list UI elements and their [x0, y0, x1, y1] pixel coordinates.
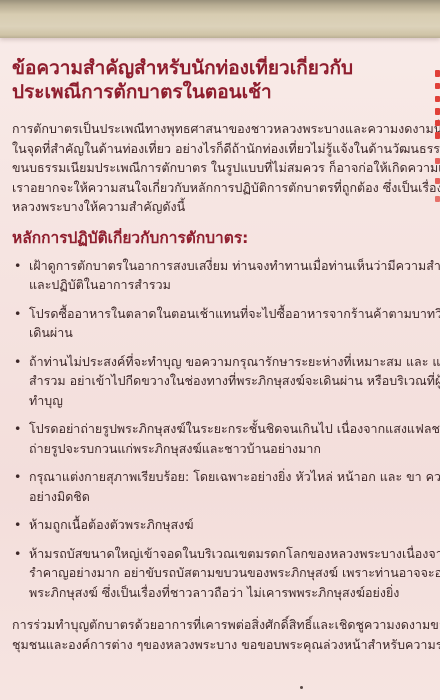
closing-line: การร่วมทำบุญตักบาตรด้วยอาการที่เคารพต่อส… — [12, 615, 440, 635]
intro-line: ในจุดที่สำคัญในด้านท่องเที่ยว อย่างไรก็ด… — [12, 139, 440, 159]
bullet-icon: • — [14, 256, 22, 276]
red-mark — [435, 178, 440, 184]
photo-of-notice-sign: ข้อความสำคัญสำหรับนักท่องเที่ยวเกี่ยวกับ… — [0, 0, 440, 700]
notice-paper: ข้อความสำคัญสำหรับนักท่องเที่ยวเกี่ยวกับ… — [0, 38, 440, 700]
red-mark — [435, 158, 440, 164]
bullet-line: กรุณาแต่งกายสุภาพเรียบร้อย: โดยเฉพาะอย่า… — [29, 467, 440, 487]
bullet-line: และปฏิบัติในอาการสำรวม — [29, 275, 440, 295]
list-item: • เฝ้าดูการตักบาตรในอาการสงบเสงี่ยม ท่าน… — [14, 256, 440, 295]
bullet-line: ถ่ายรูปจะรบกวนแก่พระภิกษุสงฆ์และชาวบ้านอ… — [29, 439, 440, 459]
bullet-line: ทำบุญ — [29, 391, 440, 411]
red-mark — [435, 96, 440, 102]
red-mark — [435, 108, 440, 115]
notice-title: ข้อความสำคัญสำหรับนักท่องเที่ยวเกี่ยวกับ… — [12, 56, 440, 104]
list-item: • โปรดซื้ออาหารในตลาดในตอนเช้าแทนที่จะไป… — [14, 304, 440, 343]
closing-line: ชุมชนและองค์การต่าง ๆของหลวงพระบาง ขอขอบ… — [12, 635, 440, 655]
bullet-line: โปรดอย่าถ่ายรูปพระภิกษุสงฆ์ในระยะกระชั้น… — [29, 419, 440, 439]
bullet-icon: • — [14, 304, 22, 324]
title-line: ประเพณีการตักบาตรในตอนเช้า — [12, 80, 440, 104]
intro-line: เราอยากจะให้ความสนใจเกี่ยวกับหลักการปฏิบ… — [12, 178, 440, 198]
guideline-list: • เฝ้าดูการตักบาตรในอาการสงบเสงี่ยม ท่าน… — [12, 256, 440, 603]
list-item: • ห้ามถูกเนื้อต้องตัวพระภิกษุสงฆ์ — [14, 515, 440, 535]
intro-line: หลวงพระบางให้ความสำคัญดังนี้ — [12, 197, 440, 217]
wall-molding-strip — [0, 0, 440, 38]
intro-line: ขนบธรรมเนียมประเพณีการตักบาตร ในรูปแบบที… — [12, 158, 440, 178]
bullet-line: ห้ามรถบัสขนาดใหญ่เข้าจอดในบริเวณเขตมรดกโ… — [29, 544, 440, 564]
bullet-line: อย่างมิดชิด — [29, 487, 440, 507]
bullet-icon: • — [14, 544, 22, 564]
red-mark — [435, 196, 440, 202]
bullet-icon: • — [14, 352, 22, 372]
bullet-icon: • — [14, 419, 22, 439]
bullet-line: สำรวม อย่าเข้าไปกีดขวางในช่องทางที่พระภิ… — [29, 371, 440, 391]
paper-speck — [300, 686, 303, 689]
list-item: • โปรดอย่าถ่ายรูปพระภิกษุสงฆ์ในระยะกระชั… — [14, 419, 440, 458]
list-item: • ห้ามรถบัสขนาดใหญ่เข้าจอดในบริเวณเขตมรด… — [14, 544, 440, 603]
bullet-icon: • — [14, 515, 22, 535]
bullet-line: โปรดซื้ออาหารในตลาดในตอนเช้าแทนที่จะไปซื… — [29, 304, 440, 324]
intro-line: การตักบาตรเป็นประเพณีทางพุทธศาสนาของชาวห… — [12, 119, 440, 139]
red-mark — [435, 132, 440, 139]
list-item: • ถ้าท่านไม่ประสงค์ที่จะทำบุญ ขอความกรุณ… — [14, 352, 440, 411]
bullet-line: พระภิกษุสงฆ์ ซึ่งเป็นเรื่องที่ชาวลาวถือว… — [29, 583, 440, 603]
bullet-line: เฝ้าดูการตักบาตรในอาการสงบเสงี่ยม ท่านจง… — [29, 256, 440, 276]
bullet-line: เดินผ่าน — [29, 323, 440, 343]
closing-paragraph: การร่วมทำบุญตักบาตรด้วยอาการที่เคารพต่อส… — [12, 615, 440, 654]
title-line: ข้อความสำคัญสำหรับนักท่องเที่ยวเกี่ยวกับ — [12, 56, 440, 80]
bullet-icon: • — [14, 467, 22, 487]
red-mark — [435, 83, 440, 89]
red-mark — [435, 70, 440, 77]
red-mark — [435, 120, 440, 126]
bullet-line: ถ้าท่านไม่ประสงค์ที่จะทำบุญ ขอความกรุณาร… — [29, 352, 440, 372]
bullet-line: รำคาญอย่างมาก อย่าขับรถบัสตามขบวนของพระภ… — [29, 563, 440, 583]
list-item: • กรุณาแต่งกายสุภาพเรียบร้อย: โดยเฉพาะอย… — [14, 467, 440, 506]
bullet-line: ห้ามถูกเนื้อต้องตัวพระภิกษุสงฆ์ — [29, 515, 440, 535]
intro-paragraph: การตักบาตรเป็นประเพณีทางพุทธศาสนาของชาวห… — [12, 119, 440, 217]
section-heading: หลักการปฏิบัติเกี่ยวกับการตักบาตร: — [12, 228, 440, 248]
